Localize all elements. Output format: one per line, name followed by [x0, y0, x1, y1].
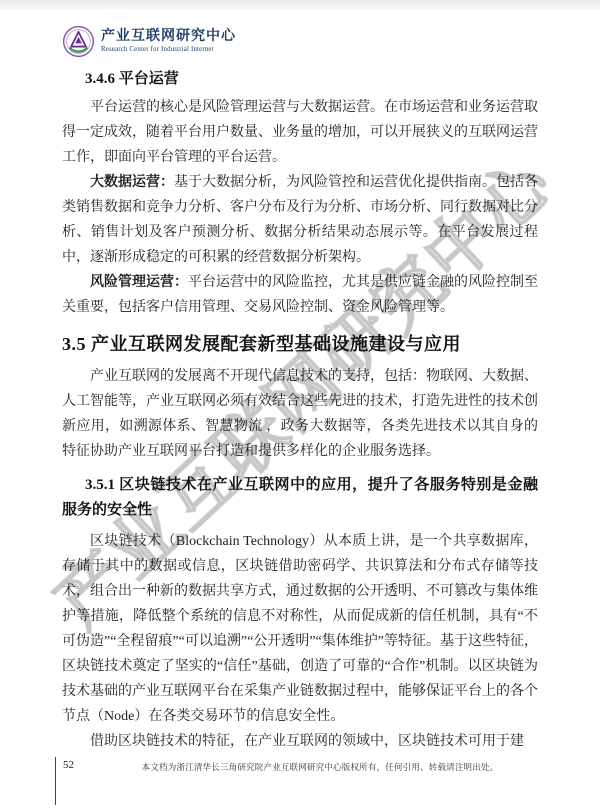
- section-heading-3-5-1: 3.5.1 区块链技术在产业互联网中的应用，提升了各服务特别是金融服务的安全性: [62, 473, 538, 523]
- section-heading-3-4-6: 3.4.6 平台运营: [85, 69, 538, 89]
- paragraph-risk-operation: 风险管理运营：平台运营中的风险监控，尤其是供应链金融的风险控制至关重要，包括客户…: [62, 270, 538, 320]
- org-name-zh: 产业互联网研究中心: [101, 29, 236, 44]
- footer-divider: [55, 757, 56, 805]
- paragraph-blockchain-continued: 借助区块链技术的特征，在产业互联网的领域中，区块链技术可用于建: [62, 729, 538, 754]
- page-footer: 52 本文档为浙江清华长三角研究院产业互联网研究中心版权所有，任何引用、转载请注…: [0, 756, 600, 808]
- copyright-notice: 本文档为浙江清华长三角研究院产业互联网研究中心版权所有，任何引用、转载请注明出处…: [80, 761, 560, 773]
- org-name-en: Research Center for Industrial Internet: [101, 46, 236, 53]
- bigdata-operation-label: 大数据运营：: [90, 175, 174, 190]
- paragraph-platform-operation: 平台运营的核心是风险管理运营与大数据运营。在市场运营和业务运营取得一定成效，随着…: [62, 95, 538, 170]
- org-logo-icon: [62, 25, 95, 58]
- org-name-block: 产业互联网研究中心 Research Center for Industrial…: [101, 29, 236, 54]
- page-header: 产业互联网研究中心 Research Center for Industrial…: [62, 25, 538, 58]
- page-number: 52: [63, 759, 74, 771]
- section-heading-3-5: 3.5 产业互联网发展配套新型基础设施建设与应用: [62, 332, 538, 356]
- page-top-edge: [0, 0, 600, 9]
- paragraph-blockchain: 区块链技术（Blockchain Technology）从本质上讲，是一个共享数…: [62, 529, 538, 729]
- document-page: 产业互联网研究中心 产业互联网研究中心 Research Center for …: [0, 0, 600, 808]
- document-body: 3.4.6 平台运营 平台运营的核心是风险管理运营与大数据运营。在市场运营和业务…: [0, 69, 600, 754]
- paragraph-infrastructure: 产业互联网的发展离不开现代信息技术的支持，包括：物联网、大数据、人工智能等，产业…: [62, 364, 538, 464]
- paragraph-bigdata-operation: 大数据运营：基于大数据分析，为风险管控和运营优化提供指南。包括各类销售数据和竞争…: [62, 170, 538, 270]
- risk-operation-label: 风险管理运营：: [90, 275, 188, 290]
